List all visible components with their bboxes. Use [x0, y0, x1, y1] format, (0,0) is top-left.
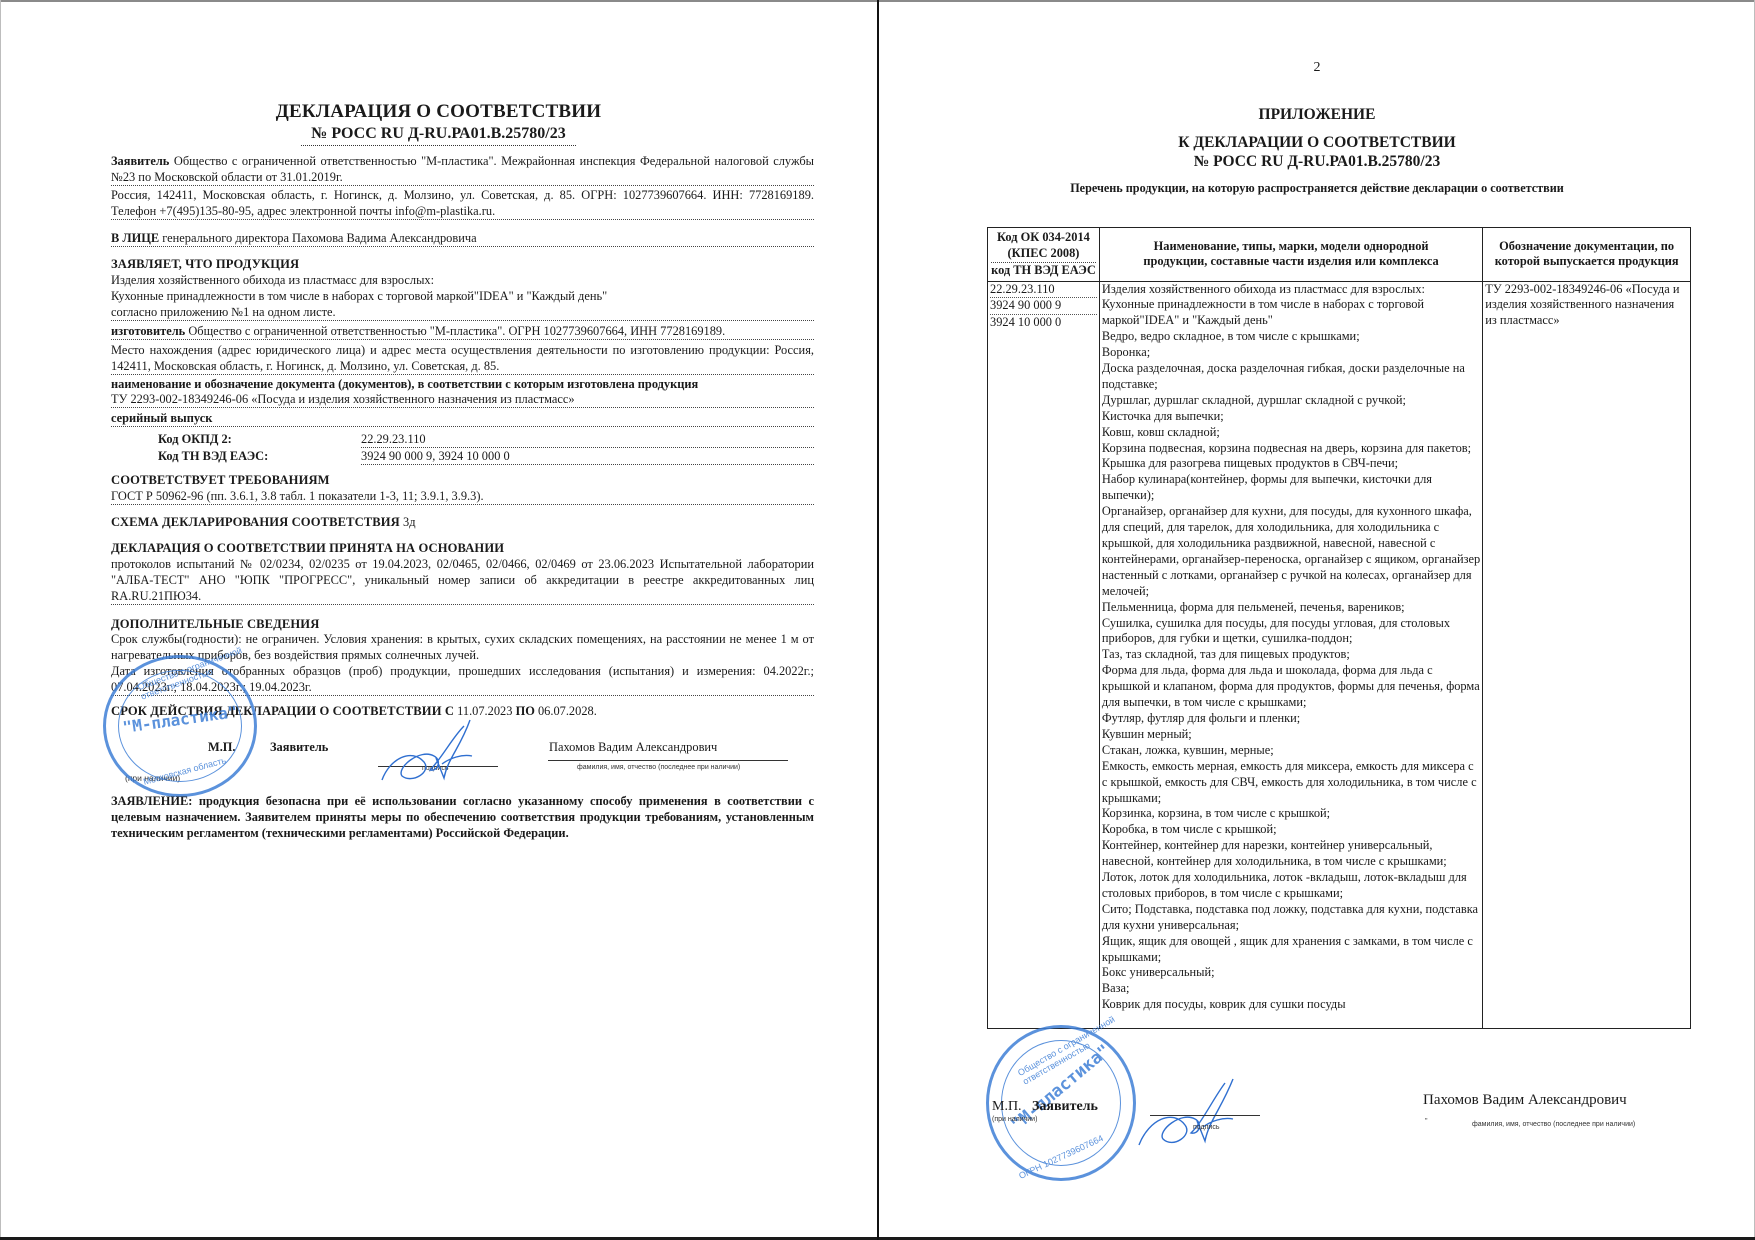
signer-name-line: [548, 760, 788, 761]
list-item: Сушилка, сушилка для посуды, для посуды …: [1102, 616, 1480, 648]
code-row-okpd: Код ОКПД 2: 22.29.23.110: [158, 431, 814, 448]
code-okpd: 22.29.23.110: [990, 282, 1097, 299]
list-item: Контейнер, контейнер для нарезки, контей…: [1102, 838, 1480, 870]
code-value: 3924 90 000 9, 3924 10 000 0: [361, 448, 814, 465]
declaration-number: № РОСС RU Д-RU.РА01.В.25780/23: [0, 125, 877, 146]
list-item: Дуршлаг, дуршлаг складной, дуршлаг склад…: [1102, 393, 1480, 409]
list-item: Кисточка для выпечки;: [1102, 409, 1480, 425]
list-item: Набор кулинара(контейнер, формы для выпе…: [1102, 472, 1480, 504]
list-item: Корзинка, корзина, в том числе с крышкой…: [1102, 806, 1480, 822]
appendix-page: 2 ПРИЛОЖЕНИЕ К ДЕКЛАРАЦИИ О СООТВЕТСТВИИ…: [879, 0, 1755, 1240]
manufacturer-block: изготовитель Общество с ограниченной отв…: [111, 323, 814, 340]
list-item: Стакан, ложка, кувшин, мерные;: [1102, 743, 1480, 759]
signer-name: Пахомов Вадим Александрович: [1423, 1092, 1627, 1109]
table-row: 22.29.23.110 3924 90 000 9 3924 10 000 0…: [988, 281, 1691, 1028]
product-line-1: Изделия хозяйственного обихода из пластм…: [111, 272, 814, 288]
list-item: Ящик, ящик для овощей , ящик для хранени…: [1102, 934, 1480, 966]
declaration-number-text: № РОСС RU Д-RU.РА01.В.25780/23: [301, 125, 575, 146]
scheme-heading: СХЕМА ДЕКЛАРИРОВАНИЯ СООТВЕТСТВИЯ: [111, 515, 400, 529]
list-item: Коробка, в том числе с крышкой;: [1102, 822, 1480, 838]
signature-line: [1150, 1115, 1260, 1116]
header-code-tnved: код ТН ВЭД ЕАЭС: [991, 263, 1096, 279]
code-label: Код ОКПД 2:: [158, 431, 361, 448]
stamp-place-label: М.П.: [208, 740, 236, 755]
list-item: Сито; Подставка, подставка под ложку, по…: [1102, 902, 1480, 934]
list-item: Ведро, ведро складное, в том числе с кры…: [1102, 329, 1480, 345]
appendix-subtitle: К ДЕКЛАРАЦИИ О СООТВЕТСТВИИ: [879, 134, 1755, 152]
appendix-number: № РОСС RU Д-RU.РА01.В.25780/23: [879, 153, 1755, 171]
list-item: Ковш, ковш складной;: [1102, 425, 1480, 441]
products-cell: Изделия хозяйственного обихода из пластм…: [1099, 281, 1482, 1028]
requirements-text: ГОСТ Р 50962-96 (пп. 3.6.1, 3.8 табл. 1 …: [111, 488, 814, 505]
header-code-okpd: Код ОК 034-2014 (КПЕС 2008): [991, 230, 1096, 263]
stamp-place-note: (при наличии): [992, 1116, 1037, 1123]
signer-name: Пахомов Вадим Александрович: [549, 740, 717, 755]
header-code: Код ОК 034-2014 (КПЕС 2008) код ТН ВЭД Е…: [988, 228, 1100, 282]
list-item: Пельменница, форма для пельменей, печень…: [1102, 600, 1480, 616]
code-label: Код ТН ВЭД ЕАЭС:: [158, 448, 361, 465]
product-line-3: согласно приложению №1 на одном листе.: [111, 304, 814, 321]
doc-designation: ТУ 2293-002-18349246-06 «Посуда и издели…: [1483, 281, 1691, 1028]
list-item: Органайзер, органайзер для кухни, для по…: [1102, 504, 1480, 599]
list-item: Коврик для посуды, коврик для сушки посу…: [1102, 997, 1480, 1013]
applicant-sign-label: Заявитель: [270, 740, 328, 755]
represented-block: В ЛИЦЕ генерального директора Пахомова В…: [111, 230, 814, 247]
docs-heading: наименование и обозначение документа (до…: [111, 376, 814, 392]
code-value: 22.29.23.110: [361, 431, 814, 448]
list-item: Кухонные принадлежности в том числе в на…: [1102, 297, 1480, 329]
list-item: Емкость, емкость мерная, емкость для мик…: [1102, 759, 1480, 807]
signature-caption: подпись: [422, 765, 448, 772]
serial-text: серийный выпуск: [111, 410, 814, 427]
represented-text: генерального директора Пахомова Вадима А…: [162, 231, 476, 245]
location-text: Место нахождения (адрес юридического лиц…: [111, 342, 814, 375]
appendix-title: ПРИЛОЖЕНИЕ: [879, 106, 1755, 124]
declaration-title: ДЕКЛАРАЦИЯ О СООТВЕТСТВИИ: [0, 101, 877, 123]
declares-heading: ЗАЯВЛЯЕТ, ЧТО ПРОДУКЦИЯ: [111, 256, 814, 272]
validity-to-label: ПО: [516, 704, 535, 718]
docs-text: ТУ 2293-002-18349246-06 «Посуда и издели…: [111, 391, 814, 408]
product-line-2: Кухонные принадлежности в том числе в на…: [111, 288, 814, 304]
statement-text: продукция безопасна при её использовании…: [111, 794, 814, 840]
applicant-label: Заявитель: [111, 154, 169, 168]
header-doc: Обозначение документации, по которой вып…: [1483, 228, 1691, 282]
list-item: Кувшин мерный;: [1102, 727, 1480, 743]
list-item: Бокс универсальный;: [1102, 965, 1480, 981]
additional-heading: ДОПОЛНИТЕЛЬНЫЕ СВЕДЕНИЯ: [111, 616, 814, 632]
validity-from: 11.07.2023: [457, 704, 512, 718]
signature-caption: подпись: [1193, 1124, 1219, 1131]
stamp-ogrn: ОГРН 1027739607664: [1017, 1133, 1105, 1181]
basis-heading: ДЕКЛАРАЦИЯ О СООТВЕТСТВИИ ПРИНЯТА НА ОСН…: [111, 540, 814, 556]
declaration-page: ДЕКЛАРАЦИЯ О СООТВЕТСТВИИ № РОСС RU Д-RU…: [0, 0, 877, 1240]
requirements-heading: СООТВЕТСТВУЕТ ТРЕБОВАНИЯМ: [111, 472, 814, 488]
header-name: Наименование, типы, марки, модели одноро…: [1099, 228, 1482, 282]
represented-label: В ЛИЦЕ: [111, 231, 159, 245]
list-item: Форма для льда, форма для льда и шоколад…: [1102, 663, 1480, 711]
statement-block: ЗАЯВЛЕНИЕ: продукция безопасна при её ис…: [111, 793, 814, 841]
manufacturer-label: изготовитель: [111, 324, 185, 338]
applicant-block: Заявитель Общество с ограниченной ответс…: [111, 153, 814, 186]
signer-mark: ": [1425, 1118, 1428, 1125]
list-item: Таз, таз складной, таз для пищевых проду…: [1102, 647, 1480, 663]
scheme-block: СХЕМА ДЕКЛАРИРОВАНИЯ СООТВЕТСТВИЯ 3д: [111, 514, 814, 530]
basis-text: протоколов испытаний № 02/0234, 02/0235 …: [111, 556, 814, 605]
stamp-place-label: М.П.: [992, 1099, 1022, 1115]
applicant-text: Общество с ограниченной ответственностью…: [111, 154, 814, 184]
additional-text-1: Срок службы(годности): не ограничен. Усл…: [111, 631, 814, 663]
page-number: 2: [879, 60, 1755, 76]
statement-label: ЗАЯВЛЕНИЕ:: [111, 794, 192, 808]
list-item: Корзина подвесная, корзина подвесная на …: [1102, 441, 1480, 457]
codes-cell: 22.29.23.110 3924 90 000 9 3924 10 000 0: [988, 281, 1100, 1028]
validity-block: СРОК ДЕЙСТВИЯ ДЕКЛАРАЦИИ О СООТВЕТСТВИИ …: [111, 703, 814, 719]
table-header-row: Код ОК 034-2014 (КПЕС 2008) код ТН ВЭД Е…: [988, 228, 1691, 282]
applicant-sign-label: Заявитель: [1032, 1099, 1098, 1115]
list-item: Крышка для разогрева пищевых продуктов в…: [1102, 456, 1480, 472]
validity-to: 06.07.2028.: [538, 704, 597, 718]
signer-caption: фамилия, имя, отчество (последнее при на…: [1472, 1121, 1635, 1128]
scheme-value: 3д: [403, 515, 416, 529]
product-list: Изделия хозяйственного обихода из пластм…: [1102, 282, 1480, 1014]
list-item: Воронка;: [1102, 345, 1480, 361]
manufacturer-text: Общество с ограниченной ответственностью…: [188, 324, 725, 338]
stamp-place-note: (при наличии): [125, 773, 180, 783]
list-item: Доска разделочная, доска разделочная гиб…: [1102, 361, 1480, 393]
appendix-description: Перечень продукции, на которую распростр…: [879, 181, 1755, 196]
code-row-tnved: Код ТН ВЭД ЕАЭС: 3924 90 000 9, 3924 10 …: [158, 448, 814, 465]
applicant-address: Россия, 142411, Московская область, г. Н…: [111, 187, 814, 220]
code-tnved-1: 3924 90 000 9: [990, 298, 1097, 315]
stamp-company-name: "М-пластика": [999, 1034, 1122, 1142]
codes-block: Код ОКПД 2: 22.29.23.110 Код ТН ВЭД ЕАЭС…: [158, 431, 814, 465]
signer-caption: фамилия, имя, отчество (последнее при на…: [577, 764, 740, 771]
validity-heading: СРОК ДЕЙСТВИЯ ДЕКЛАРАЦИИ О СООТВЕТСТВИИ …: [111, 704, 454, 718]
list-item: Изделия хозяйственного обихода из пластм…: [1102, 282, 1480, 298]
code-tnved-2: 3924 10 000 0: [990, 315, 1097, 331]
list-item: Футляр, футляр для фольги и пленки;: [1102, 711, 1480, 727]
list-item: Лоток, лоток для холодильника, лоток -вк…: [1102, 870, 1480, 902]
list-item: Ваза;: [1102, 981, 1480, 997]
signature-icon: [372, 718, 492, 790]
product-table: Код ОК 034-2014 (КПЕС 2008) код ТН ВЭД Е…: [987, 227, 1691, 1029]
additional-text-2: Дата изготовления отобранных образцов (п…: [111, 663, 814, 696]
